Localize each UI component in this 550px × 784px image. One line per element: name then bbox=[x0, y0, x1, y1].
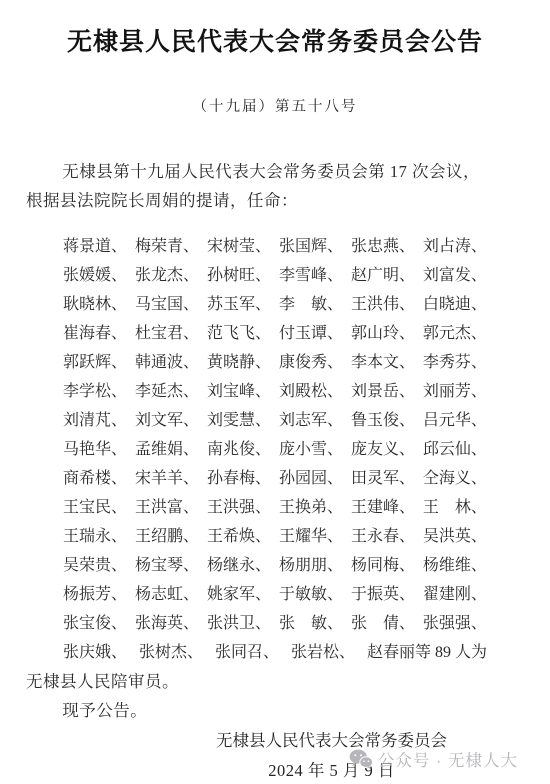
name-row: 蒋景道、梅荣青、宋树莹、张国辉、张忠燕、刘占涛、 bbox=[63, 232, 487, 261]
name-item: 商希楼、 bbox=[63, 464, 127, 493]
name-item: 李 敏、 bbox=[279, 290, 343, 319]
name-item: 王宝民、 bbox=[63, 493, 127, 522]
name-item: 鲁玉俊、 bbox=[351, 406, 415, 435]
name-row: 张宝俊、张海英、张洪卫、张 敏、张 倩、张强强、 bbox=[63, 609, 487, 638]
name-item: 付玉谭、 bbox=[279, 319, 343, 348]
name-row: 耿晓林、马宝国、苏玉军、李 敏、王洪伟、白晓迪、 bbox=[63, 290, 487, 319]
name-item: 吕元华、 bbox=[423, 406, 487, 435]
name-item: 苏玉军、 bbox=[207, 290, 271, 319]
name-item: 庞友义、 bbox=[351, 435, 415, 464]
name-row: 杨振芳、杨志虹、姚家军、于敏敏、于振英、翟建刚、 bbox=[63, 580, 487, 609]
name-item: 张同召、 bbox=[215, 638, 279, 667]
name-row: 吴荣贵、杨宝琴、杨继永、杨朋朋、杨同梅、杨维维、 bbox=[63, 551, 487, 580]
name-item: 杨宝琴、 bbox=[135, 551, 199, 580]
name-item: 孟维娟、 bbox=[135, 435, 199, 464]
name-item: 范飞飞、 bbox=[207, 319, 271, 348]
name-item: 杜宝君、 bbox=[135, 319, 199, 348]
name-item: 郭元杰、 bbox=[423, 319, 487, 348]
name-item: 宋树莹、 bbox=[207, 232, 271, 261]
name-item: 王洪强、 bbox=[207, 493, 271, 522]
name-item: 张海英、 bbox=[135, 609, 199, 638]
name-item: 张龙杰、 bbox=[135, 261, 199, 290]
name-item: 白晓迪、 bbox=[423, 290, 487, 319]
name-item: 张洪卫、 bbox=[207, 609, 271, 638]
name-item: 张树杰、 bbox=[139, 638, 203, 667]
name-row: 张庆娥、张树杰、张同召、张岩松、赵春丽等 89 人为 bbox=[63, 638, 487, 667]
name-item: 赵春丽等 89 人为 bbox=[367, 638, 487, 667]
name-item: 马宝国、 bbox=[135, 290, 199, 319]
name-row: 崔海春、杜宝君、范飞飞、付玉谭、郭山玲、郭元杰、 bbox=[63, 319, 487, 348]
appointee-name-list: 蒋景道、梅荣青、宋树莹、张国辉、张忠燕、刘占涛、张媛媛、张龙杰、孙树旺、李雪峰、… bbox=[63, 232, 487, 667]
name-item: 康俊秀、 bbox=[279, 348, 343, 377]
name-item: 刘宝峰、 bbox=[207, 377, 271, 406]
intro-line-2: 根据县法院院长周娟的提请，任命： bbox=[26, 186, 524, 215]
name-row: 王宝民、王洪富、王洪强、王换弟、王建峰、王 林、 bbox=[63, 493, 487, 522]
name-row: 马艳华、孟维娟、南兆俊、庞小雪、庞友义、邱云仙、 bbox=[63, 435, 487, 464]
name-item: 李秀芬、 bbox=[423, 348, 487, 377]
name-item: 于敏敏、 bbox=[279, 580, 343, 609]
name-item: 黄晓静、 bbox=[207, 348, 271, 377]
name-row: 商希楼、宋羊羊、孙春梅、孙园园、田灵军、仝海义、 bbox=[63, 464, 487, 493]
name-item: 张 敏、 bbox=[279, 609, 343, 638]
name-item: 南兆俊、 bbox=[207, 435, 271, 464]
name-item: 王瑞永、 bbox=[63, 522, 127, 551]
name-item: 孙春梅、 bbox=[207, 464, 271, 493]
name-item: 吴荣贵、 bbox=[63, 551, 127, 580]
name-item: 杨维维、 bbox=[423, 551, 487, 580]
name-item: 刘志军、 bbox=[279, 406, 343, 435]
page-title: 无棣县人民代表大会常务委员会公告 bbox=[26, 0, 524, 59]
name-item: 刘文军、 bbox=[135, 406, 199, 435]
name-item: 李雪峰、 bbox=[279, 261, 343, 290]
name-item: 刘富发、 bbox=[423, 261, 487, 290]
name-item: 郭跃辉、 bbox=[63, 348, 127, 377]
name-item: 李学松、 bbox=[63, 377, 127, 406]
name-row: 李学松、李延杰、刘宝峰、刘殿松、刘景岳、刘丽芳、 bbox=[63, 377, 487, 406]
name-item: 张 倩、 bbox=[351, 609, 415, 638]
name-item: 王洪伟、 bbox=[351, 290, 415, 319]
closing-line: 现予公告。 bbox=[26, 696, 524, 725]
name-item: 翟建刚、 bbox=[423, 580, 487, 609]
name-item: 梅荣青、 bbox=[135, 232, 199, 261]
name-item: 杨同梅、 bbox=[351, 551, 415, 580]
name-row: 王瑞永、王绍鹏、王希焕、王耀华、王永春、吴洪英、 bbox=[63, 522, 487, 551]
doc-number: （十九届）第五十八号 bbox=[26, 97, 524, 117]
name-item: 杨振芳、 bbox=[63, 580, 127, 609]
name-item: 王洪富、 bbox=[135, 493, 199, 522]
name-item: 张强强、 bbox=[423, 609, 487, 638]
name-item: 庞小雪、 bbox=[279, 435, 343, 464]
name-row: 刘清芃、刘文军、刘雯慧、刘志军、鲁玉俊、吕元华、 bbox=[63, 406, 487, 435]
intro-paragraph: 无棣县第十九届人民代表大会常务委员会第 17 次会议，根据县法院院长周娟的提请，… bbox=[26, 157, 524, 215]
name-item: 吴洪英、 bbox=[423, 522, 487, 551]
name-item: 张岩松、 bbox=[291, 638, 355, 667]
wechat-icon bbox=[349, 749, 373, 769]
watermark-text: 公众号 · 无棣人大 bbox=[378, 747, 518, 771]
name-item: 张国辉、 bbox=[279, 232, 343, 261]
announcement-page: 无棣县人民代表大会常务委员会公告 （十九届）第五十八号 无棣县第十九届人民代表大… bbox=[0, 0, 550, 784]
name-item: 于振英、 bbox=[351, 580, 415, 609]
name-item: 邱云仙、 bbox=[423, 435, 487, 464]
name-item: 杨志虹、 bbox=[135, 580, 199, 609]
name-item: 李本文、 bbox=[351, 348, 415, 377]
name-row: 张媛媛、张龙杰、孙树旺、李雪峰、赵广明、刘富发、 bbox=[63, 261, 487, 290]
name-item: 刘景岳、 bbox=[351, 377, 415, 406]
name-item: 王希焕、 bbox=[207, 522, 271, 551]
name-item: 杨朋朋、 bbox=[279, 551, 343, 580]
name-item: 孙园园、 bbox=[279, 464, 343, 493]
name-item: 张庆娥、 bbox=[63, 638, 127, 667]
closing-wrap-line: 无棣县人民陪审员。 bbox=[26, 667, 524, 696]
name-item: 刘丽芳、 bbox=[423, 377, 487, 406]
name-item: 王永春、 bbox=[351, 522, 415, 551]
name-item: 耿晓林、 bbox=[63, 290, 127, 319]
name-item: 孙树旺、 bbox=[207, 261, 271, 290]
name-item: 崔海春、 bbox=[63, 319, 127, 348]
name-item: 仝海义、 bbox=[423, 464, 487, 493]
name-item: 王绍鹏、 bbox=[135, 522, 199, 551]
name-item: 张宝俊、 bbox=[63, 609, 127, 638]
name-item: 王 林、 bbox=[423, 493, 487, 522]
name-item: 王耀华、 bbox=[279, 522, 343, 551]
name-item: 张媛媛、 bbox=[63, 261, 127, 290]
name-item: 杨继永、 bbox=[207, 551, 271, 580]
name-item: 李延杰、 bbox=[135, 377, 199, 406]
name-item: 赵广明、 bbox=[351, 261, 415, 290]
name-item: 田灵军、 bbox=[351, 464, 415, 493]
name-item: 蒋景道、 bbox=[63, 232, 127, 261]
name-item: 宋羊羊、 bbox=[135, 464, 199, 493]
name-item: 韩通波、 bbox=[135, 348, 199, 377]
name-item: 张忠燕、 bbox=[351, 232, 415, 261]
name-item: 郭山玲、 bbox=[351, 319, 415, 348]
intro-line-1: 无棣县第十九届人民代表大会常务委员会第 17 次会议， bbox=[62, 162, 480, 181]
name-item: 马艳华、 bbox=[63, 435, 127, 464]
watermark: 公众号 · 无棣人大 bbox=[349, 747, 518, 771]
name-item: 王建峰、 bbox=[351, 493, 415, 522]
name-item: 王换弟、 bbox=[279, 493, 343, 522]
name-item: 刘雯慧、 bbox=[207, 406, 271, 435]
name-item: 刘清芃、 bbox=[63, 406, 127, 435]
name-item: 姚家军、 bbox=[207, 580, 271, 609]
name-row: 郭跃辉、韩通波、黄晓静、康俊秀、李本文、李秀芬、 bbox=[63, 348, 487, 377]
name-item: 刘占涛、 bbox=[423, 232, 487, 261]
name-item: 刘殿松、 bbox=[279, 377, 343, 406]
